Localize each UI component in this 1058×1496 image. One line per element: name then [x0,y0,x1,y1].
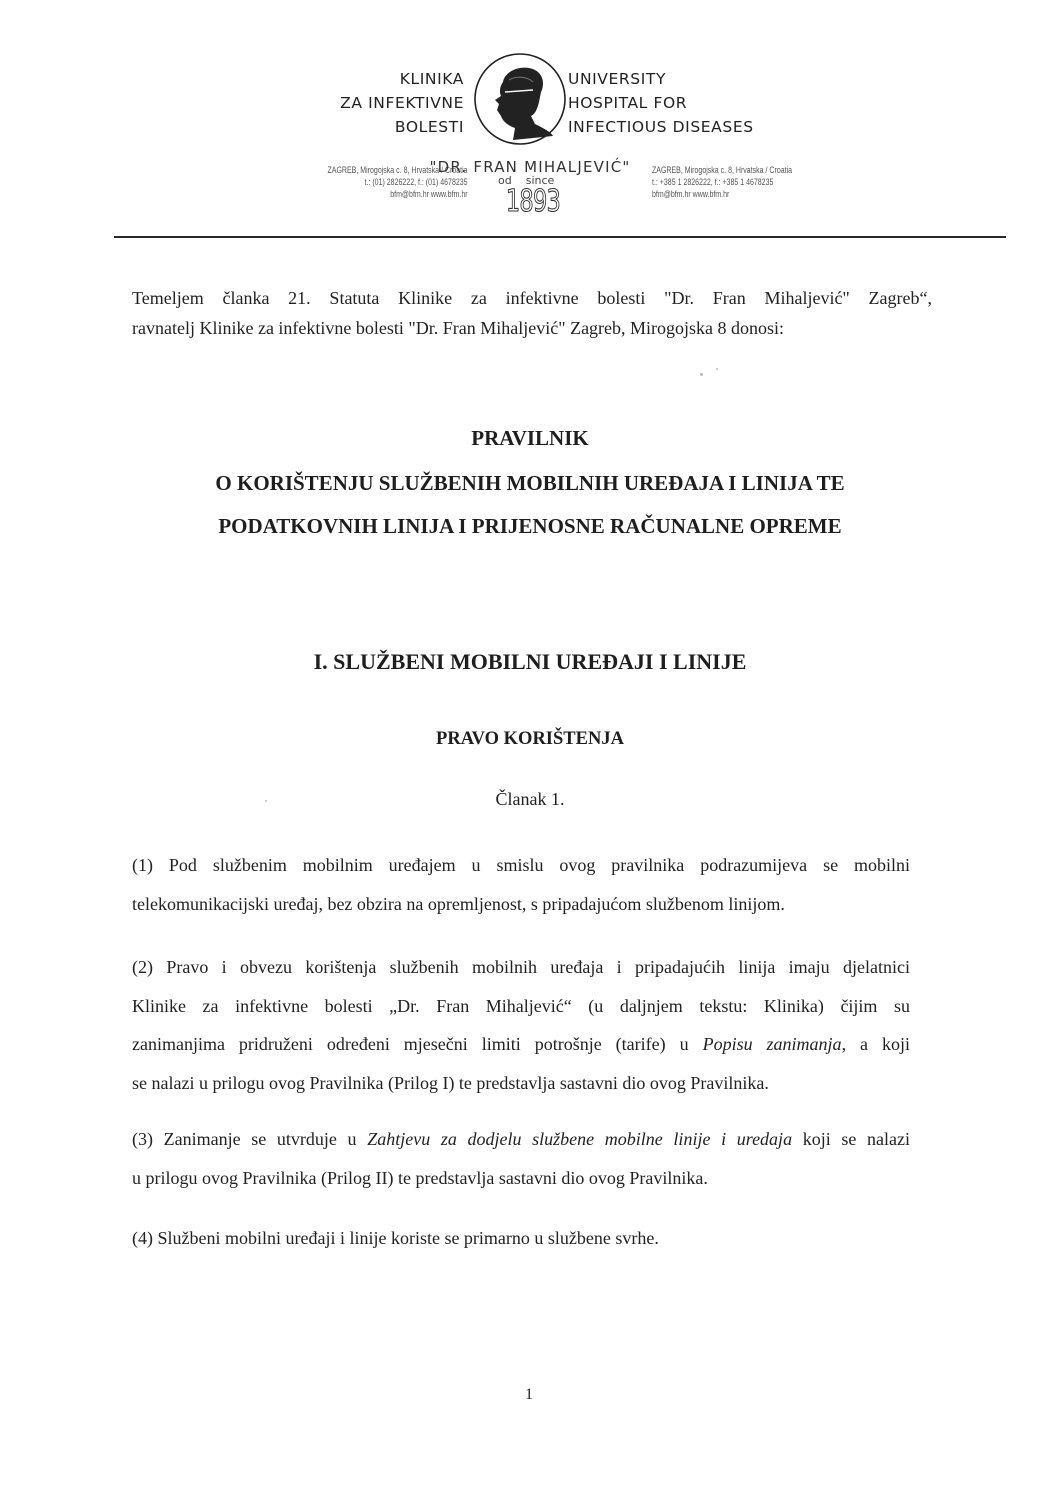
scan-speck [265,800,267,802]
text-run: koji se nalazi [792,1129,910,1149]
paragraph-4: (4) Službeni mobilni uređaji i linije ko… [132,1219,910,1258]
section-heading: I. SLUŽBENI MOBILNI UREĐAJI I LINIJE [100,649,960,675]
contact-web-line: bfm@bfm.hr www.bfm.hr [652,188,792,200]
paragraph-3: (3) Zanimanje se utvrduje u Zahtjevu za … [132,1120,910,1197]
document-subtitle-line: O KORIŠTENJU SLUŽBENIH MOBILNIH UREĐAJA … [100,471,960,496]
paragraph-line: (3) Zanimanje se utvrduje u Zahtjevu za … [132,1120,910,1159]
paragraph-line: (4) Službeni mobilni uređaji i linije ko… [132,1219,910,1258]
hospital-name-line: ZA INFEKTIVNE [340,91,464,115]
portrait-medallion-icon [473,52,567,146]
contact-phone-line: t.: +385 1 2826222, f.: +385 1 4678235 [652,176,792,188]
article-number: Članak 1. [100,789,960,810]
paragraph-line: (1) Pod službenim mobilnim uređajem u sm… [132,846,910,885]
hospital-name-line: HOSPITAL FOR [568,91,754,115]
text-run: , a koji [842,1034,910,1054]
document-page: KLINIKA ZA INFEKTIVNE BOLESTI UNIVERSITY… [0,0,1058,1496]
document-subtitle-line: PODATKOVNIH LINIJA I PRIJENOSNE RAČUNALN… [100,514,960,539]
paragraph-line: telekomunikacijski uređaj, bez obzira na… [132,885,910,924]
paragraph-line: zanimanjima pridruženi određeni mjesečni… [132,1025,910,1064]
hospital-name-line: UNIVERSITY [568,67,754,91]
document-title: PRAVILNIK [100,426,960,451]
italic-reference: Zahtjevu za dodjelu službene mobilne lin… [367,1129,792,1149]
text-run: zanimanjima pridruženi određeni mjesečni… [132,1034,703,1054]
founding-year: 1893 [503,184,563,219]
intro-paragraph: Temeljem članka 21. Statuta Klinike za i… [132,283,932,343]
intro-line: Temeljem članka 21. Statuta Klinike za i… [132,283,932,313]
contact-web-line: bfm@bfm.hr www.bfm.hr [328,188,468,200]
scan-speck [700,373,703,376]
hospital-name-line: BOLESTI [340,115,464,139]
paragraph-1: (1) Pod službenim mobilnim uređajem u sm… [132,846,910,923]
hospital-name-english: UNIVERSITY HOSPITAL FOR INFECTIOUS DISEA… [568,67,754,139]
paragraph-2: (2) Pravo i obvezu korištenja službenih … [132,948,910,1102]
contact-phone-line: t.: (01) 2826222, f.: (01) 4678235 [328,176,468,188]
paragraph-line: Klinike za infektivne bolesti „Dr. Fran … [132,987,910,1026]
italic-reference: Popisu zanimanja [703,1034,842,1054]
paragraph-line: (2) Pravo i obvezu korištenja službenih … [132,948,910,987]
address-line: ZAGREB, Mirogojska c. 8, Hrvatska / Croa… [652,164,792,176]
intro-line: ravnatelj Klinike za infektivne bolesti … [132,313,932,343]
address-block-english: ZAGREB, Mirogojska c. 8, Hrvatska / Croa… [652,164,792,200]
paragraph-line: u prilogu ovog Pravilnika (Prilog II) te… [132,1159,910,1198]
scan-speck [716,368,718,370]
header-divider [114,236,1006,238]
subsection-heading: PRAVO KORIŠTENJA [100,729,960,750]
paragraph-line: se nalazi u prilogu ovog Pravilnika (Pri… [132,1064,910,1103]
page-number: 1 [519,1386,539,1404]
text-run: (3) Zanimanje se utvrduje u [132,1129,367,1149]
hospital-name-croatian: KLINIKA ZA INFEKTIVNE BOLESTI [340,67,464,139]
hospital-name-line: KLINIKA [340,67,464,91]
hospital-name-line: INFECTIOUS DISEASES [568,115,754,139]
